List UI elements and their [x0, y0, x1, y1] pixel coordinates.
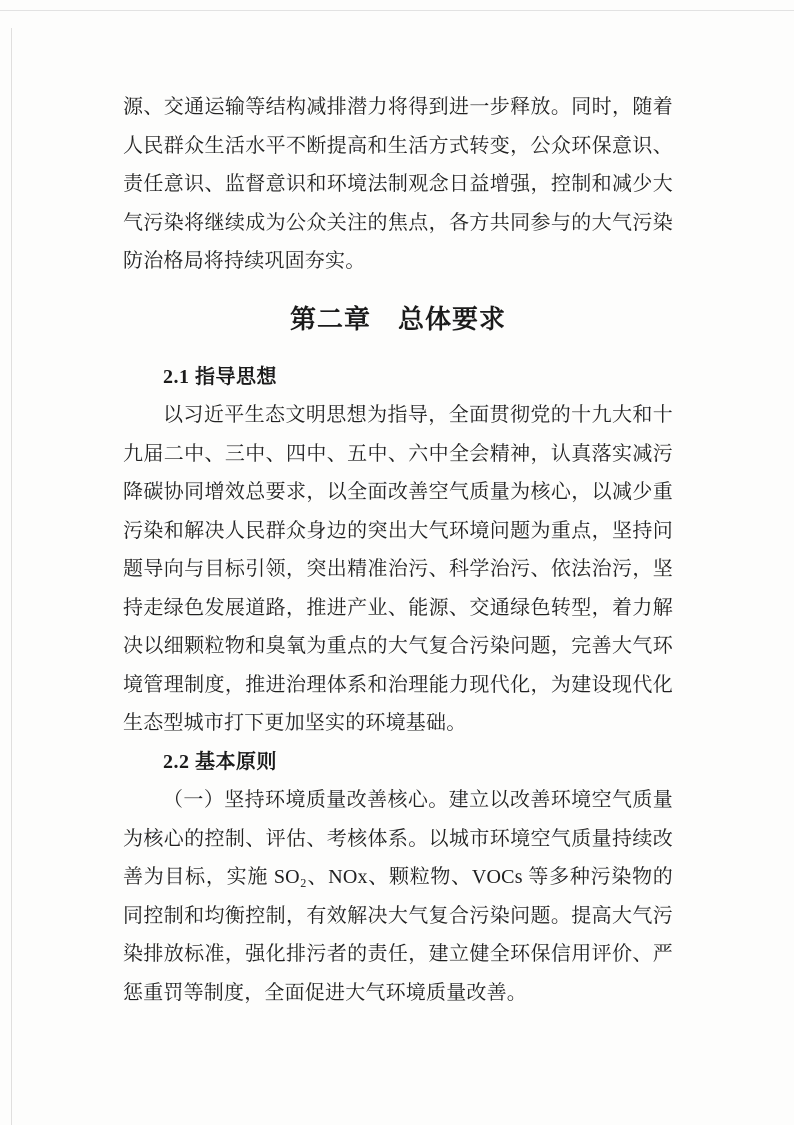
- text-line: 降碳协同增效总要求，以全面改善空气质量为核心，以减少重: [123, 473, 673, 512]
- text-block: 源、交通运输等结构减排潜力将得到进一步释放。同时，随着 人民群众生活水平不断提高…: [123, 88, 673, 1012]
- section-heading-2-2: 2.2 基本原则: [123, 743, 673, 782]
- text-line: 惩重罚等制度，全面促进大气环境质量改善。: [123, 974, 673, 1013]
- continued-paragraph: 源、交通运输等结构减排潜力将得到进一步释放。同时，随着 人民群众生活水平不断提高…: [123, 88, 673, 281]
- text-line: 决以细颗粒物和臭氧为重点的大气复合污染问题，完善大气环: [123, 627, 673, 666]
- guiding-ideology-paragraph: 以习近平生态文明思想为指导，全面贯彻党的十九大和十 九届二中、三中、四中、五中、…: [123, 396, 673, 743]
- text-line: 持走绿色发展道路，推进产业、能源、交通绿色转型，着力解: [123, 589, 673, 628]
- text-line: 善为目标，实施 SO₂、NOx、颗粒物、VOCs 等多种污染物的协: [123, 858, 673, 897]
- section-heading-2-1: 2.1 指导思想: [123, 358, 673, 397]
- chapter-heading: 第二章 总体要求: [123, 281, 673, 358]
- text-line: 题导向与目标引领，突出精准治污、科学治污、依法治污，坚: [123, 550, 673, 589]
- document-page: 源、交通运输等结构减排潜力将得到进一步释放。同时，随着 人民群众生活水平不断提高…: [0, 0, 794, 1125]
- text-line: 以习近平生态文明思想为指导，全面贯彻党的十九大和十: [123, 396, 673, 435]
- scan-edge-artifact-top: [0, 10, 794, 11]
- text-line: 同控制和均衡控制，有效解决大气复合污染问题。提高大气污: [123, 897, 673, 936]
- text-line: 为核心的控制、评估、考核体系。以城市环境空气质量持续改: [123, 820, 673, 859]
- text-line: 九届二中、三中、四中、五中、六中全会精神，认真落实减污: [123, 435, 673, 474]
- basic-principles-paragraph: （一）坚持环境质量改善核心。建立以改善环境空气质量 为核心的控制、评估、考核体系…: [123, 781, 673, 1012]
- scan-edge-artifact-left: [11, 28, 12, 1125]
- text-line: （一）坚持环境质量改善核心。建立以改善环境空气质量: [123, 781, 673, 820]
- text-line: 生态型城市打下更加坚实的环境基础。: [123, 704, 673, 743]
- text-line: 人民群众生活水平不断提高和生活方式转变，公众环保意识、: [123, 127, 673, 166]
- text-line: 染排放标准，强化排污者的责任，建立健全环保信用评价、严: [123, 935, 673, 974]
- text-line: 源、交通运输等结构减排潜力将得到进一步释放。同时，随着: [123, 88, 673, 127]
- text-line: 污染和解决人民群众身边的突出大气环境问题为重点，坚持问: [123, 512, 673, 551]
- text-line: 境管理制度，推进治理体系和治理能力现代化，为建设现代化: [123, 666, 673, 705]
- text-line: 责任意识、监督意识和环境法制观念日益增强，控制和减少大: [123, 165, 673, 204]
- text-line: 防治格局将持续巩固夯实。: [123, 242, 673, 281]
- text-line: 气污染将继续成为公众关注的焦点，各方共同参与的大气污染: [123, 204, 673, 243]
